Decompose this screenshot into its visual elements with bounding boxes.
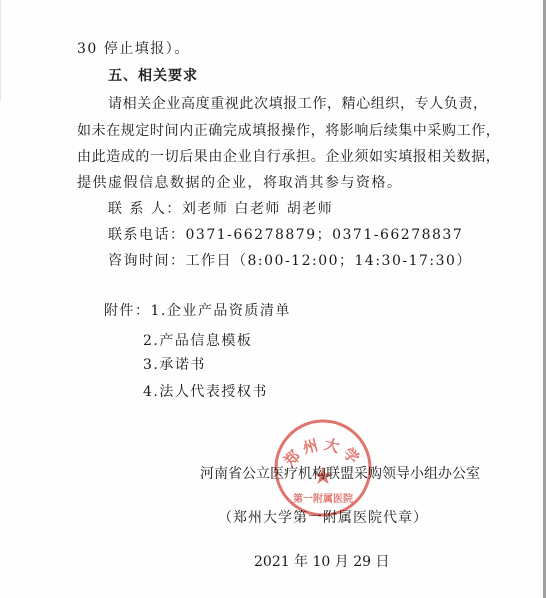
hours-label: 咨询时间： <box>108 253 186 269</box>
paragraph-line-4: 提供虚假信息数据的企业，将取消其参与资格。 <box>77 174 403 192</box>
attachment-row-1: 附件：1.企业产品资质清单 <box>104 302 291 320</box>
phone-label: 联系电话： <box>108 227 186 243</box>
continuation-line: 30 停止填报）。 <box>77 40 190 58</box>
attachment-item: 1.企业产品资质清单 <box>151 303 291 319</box>
attachment-item: 2.产品信息模板 <box>143 332 252 350</box>
hours-value: 工作日（8:00-12:00；14:30-17:30） <box>186 253 472 269</box>
signature-date: 2021 年 10 月 29 日 <box>254 553 546 571</box>
paragraph-line-3: 由此造成的一切后果由企业自行承担。企业须如实填报相关数据， <box>77 148 465 166</box>
phone-row: 联系电话：0371-66278879；0371-66278837 <box>108 226 463 244</box>
contacts-row: 联 系 人：刘老师 白老师 胡老师 <box>108 200 333 218</box>
attachments-label: 附件： <box>104 303 151 319</box>
section-heading: 五、相关要求 <box>108 67 198 85</box>
page-left-edge <box>0 0 1 100</box>
attachment-item: 4.法人代表授权书 <box>143 383 268 401</box>
signature-seal-note: （郑州大学第一附属医院代章） <box>218 509 546 527</box>
contacts-value: 刘老师 白老师 胡老师 <box>182 201 333 217</box>
document-page: 30 停止填报）。 五、相关要求 请相关企业高度重视此次填报工作，精心组织，专人… <box>0 0 543 598</box>
contacts-label: 联 系 人： <box>108 201 182 217</box>
signature-organization: 河南省公立医疗机构联盟采购领导小组办公室 <box>200 465 546 483</box>
paragraph-line-1: 请相关企业高度重视此次填报工作，精心组织，专人负责， <box>108 95 464 113</box>
attachment-item: 3.承诺书 <box>143 356 206 374</box>
phone-value: 0371-66278879；0371-66278837 <box>186 227 464 243</box>
stamp-bottom-text: 第一附属医院 <box>293 492 353 505</box>
hours-row: 咨询时间：工作日（8:00-12:00；14:30-17:30） <box>108 252 472 270</box>
paragraph-line-2: 如未在规定时间内正确完成填报操作，将影响后续集中采购工作， <box>77 122 465 140</box>
